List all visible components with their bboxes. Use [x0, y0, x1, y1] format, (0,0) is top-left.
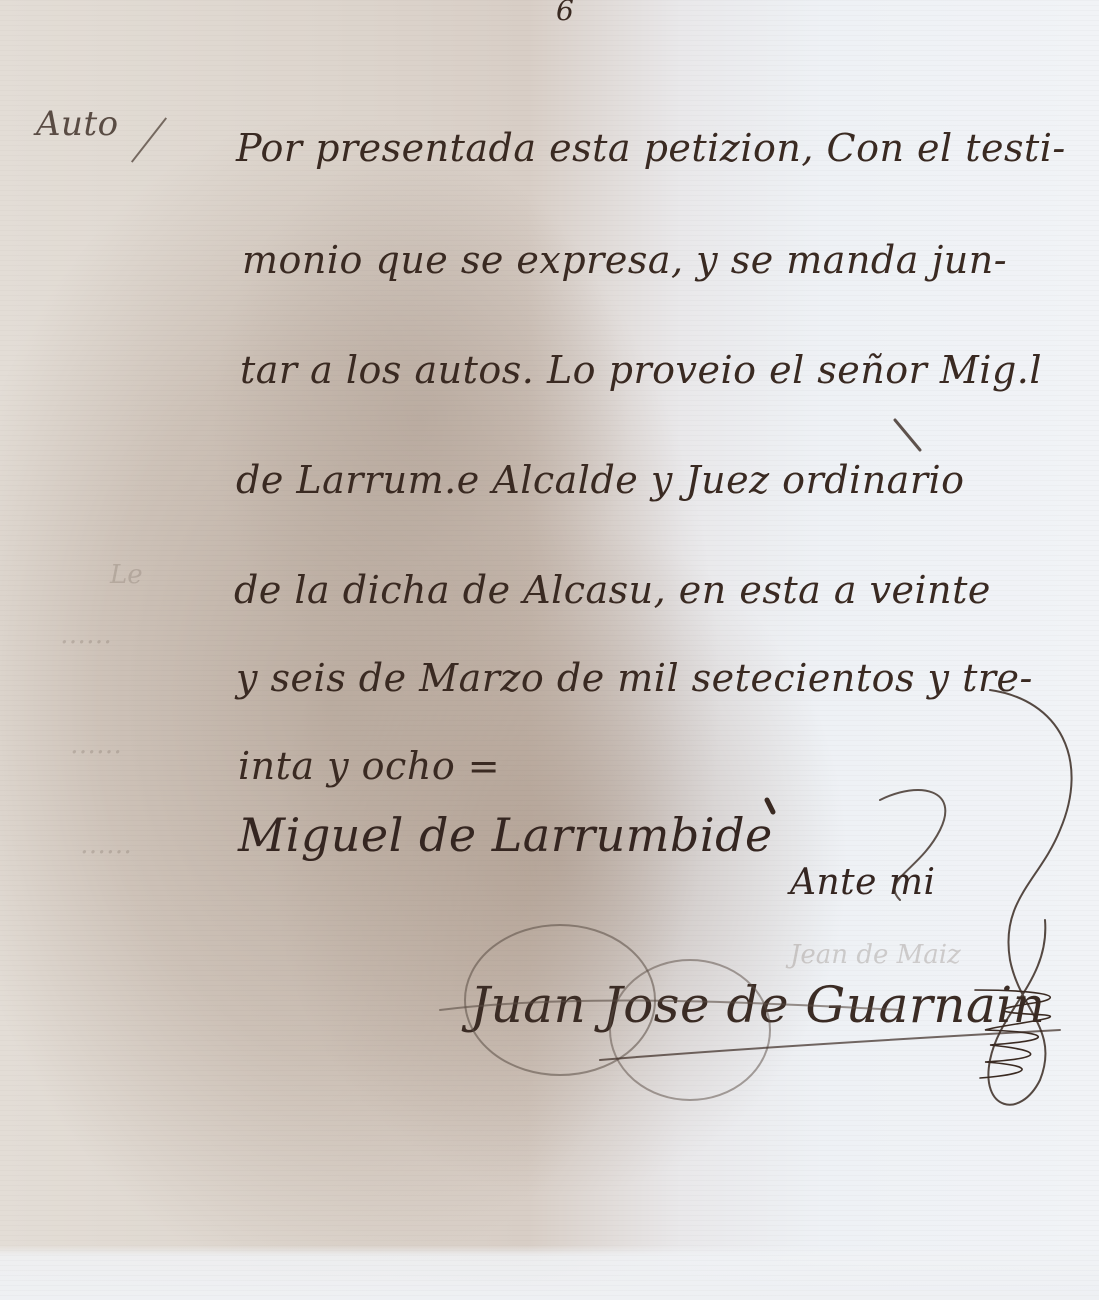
signature-ante-mi: Ante mi	[790, 862, 936, 903]
signature-official: Miguel de Larrumbide	[238, 808, 773, 862]
body-line-7: inta y ocho =	[238, 744, 500, 788]
margin-slash-mark	[131, 117, 167, 162]
body-line-4: de Larrum.e Alcalde y Juez ordinario	[236, 458, 965, 502]
signature-notary: Juan Jose de Guarnain	[470, 976, 1046, 1034]
margin-note: Auto	[36, 104, 119, 144]
bleed-through-text: ……	[80, 830, 132, 860]
body-line-3: tar a los autos. Lo proveio el señor Mig…	[240, 348, 1042, 392]
body-line-5: de la dicha de Alcasu, en esta a veinte	[234, 568, 991, 612]
signature-flourish-icon	[0, 0, 1099, 1300]
bleed-through-text: ……	[60, 620, 112, 650]
bleed-through-text: ……	[70, 730, 122, 760]
body-line-6: y seis de Marzo de mil setecientos y tre…	[236, 656, 1033, 700]
body-line-1: Por presentada esta petizion, Con el tes…	[236, 126, 1066, 170]
body-line-2: monio que se expresa, y se manda jun-	[242, 238, 1007, 282]
bleed-through-text: Jean de Maiz	[790, 940, 961, 970]
manuscript-page: Le …… …… …… Jean de Maiz 6 Auto Por pres…	[0, 0, 1099, 1300]
bleed-through-text: Le	[110, 560, 143, 590]
folio-number: 6	[556, 0, 574, 27]
